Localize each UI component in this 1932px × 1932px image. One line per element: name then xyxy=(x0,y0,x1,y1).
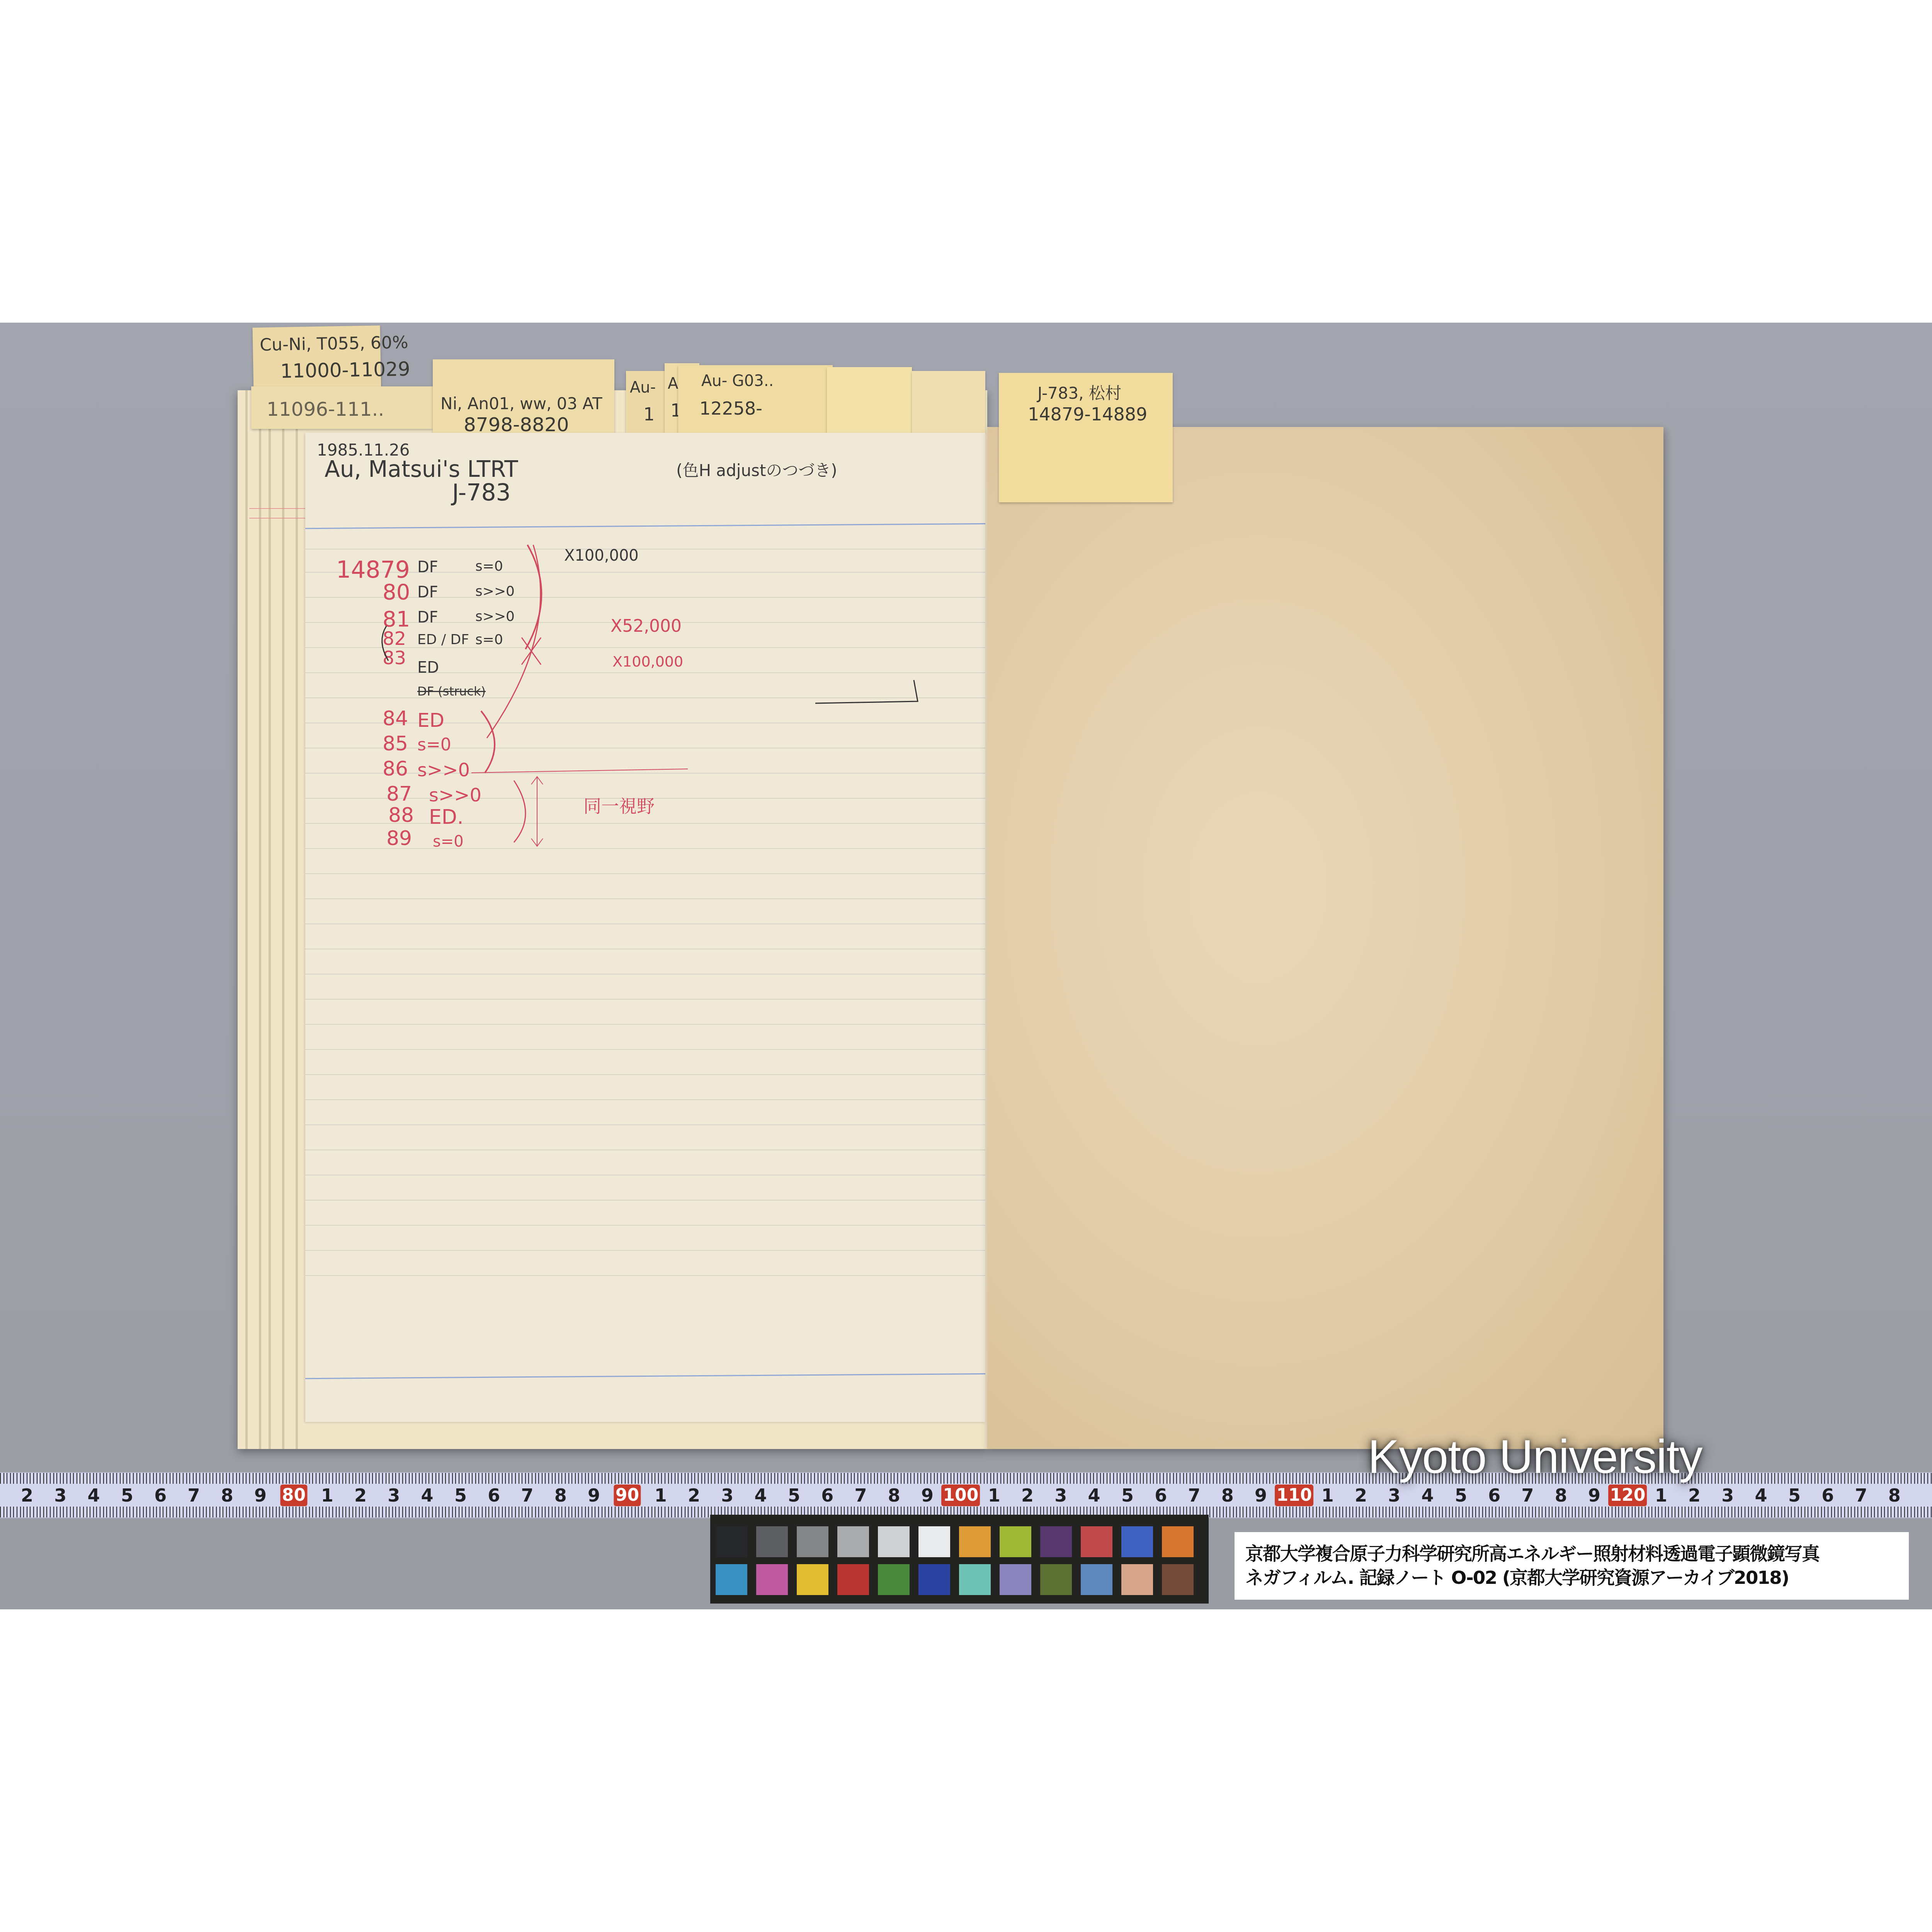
index-tab-ni-an01: Ni, An01, ww, 03 AT 8798-8820 xyxy=(433,359,614,437)
notebook-left-page: 1985.11.26 Au, Matsui's LTRT (色H adjustの… xyxy=(305,433,985,1422)
ruler-label: 9 xyxy=(588,1485,600,1506)
tab-label: J-783, 松村 xyxy=(1037,381,1121,404)
ruler-label: 100 xyxy=(941,1485,980,1506)
archive-caption: 京都大学複合原子力科学研究所高エネルギー照射材料透過電子顕微鏡写真 ネガフィルム… xyxy=(1235,1532,1909,1600)
ruler-label: 7 xyxy=(854,1485,867,1506)
caption-line-2: ネガフィルム. 記録ノート O-02 (京都大学研究資源アーカイブ2018) xyxy=(1245,1566,1898,1590)
ruler-label: 6 xyxy=(1155,1485,1167,1506)
ruler-label: 2 xyxy=(688,1485,700,1506)
color-swatch xyxy=(1121,1564,1153,1595)
ruler-label: 80 xyxy=(281,1485,307,1506)
ruler-label: 4 xyxy=(1088,1485,1100,1506)
color-swatch xyxy=(716,1564,747,1595)
ruler-label: 1 xyxy=(1655,1485,1667,1506)
ruler-label: 3 xyxy=(1054,1485,1067,1506)
watermark-kyoto-university: Kyoto University xyxy=(1368,1430,1702,1484)
index-tab-11096: 11096-111.. xyxy=(251,386,433,429)
ruler-label: 7 xyxy=(1188,1485,1200,1506)
index-tab-cu-ni: Cu-Ni, T055, 60% 11000-11029 xyxy=(252,325,381,395)
ruler-label: 7 xyxy=(1855,1485,1867,1506)
color-swatch xyxy=(1040,1526,1072,1557)
ruler-label: 6 xyxy=(821,1485,833,1506)
color-swatch xyxy=(959,1564,991,1595)
ruler-label: 1 xyxy=(988,1485,1000,1506)
color-swatch xyxy=(1081,1564,1112,1595)
color-swatch xyxy=(878,1564,910,1595)
ruler-label: 7 xyxy=(187,1485,200,1506)
color-swatch xyxy=(756,1526,788,1557)
ruler-label: 6 xyxy=(154,1485,167,1506)
ruler-label: 4 xyxy=(88,1485,100,1506)
ruler-label: 4 xyxy=(1422,1485,1434,1506)
color-swatch xyxy=(797,1564,828,1595)
ruler-label: 2 xyxy=(1688,1485,1701,1506)
ruler-label: 9 xyxy=(1588,1485,1600,1506)
ruler-label: 8 xyxy=(221,1485,233,1506)
color-swatch xyxy=(797,1526,828,1557)
ruler-label: 3 xyxy=(1388,1485,1400,1506)
ruler-label: 4 xyxy=(755,1485,767,1506)
color-swatch xyxy=(837,1526,869,1557)
color-swatch xyxy=(756,1564,788,1595)
ruler-label: 120 xyxy=(1608,1485,1647,1506)
ruler-label: 9 xyxy=(1255,1485,1267,1506)
ruler-label: 8 xyxy=(1888,1485,1901,1506)
color-swatch xyxy=(1162,1526,1194,1557)
color-swatch xyxy=(918,1526,950,1557)
tab-label: 1 xyxy=(643,404,655,425)
tab-label: 12258- xyxy=(699,398,762,419)
index-tab-j783: J-783, 松村 14879-14889 xyxy=(999,373,1173,502)
ruler-label: 1 xyxy=(655,1485,667,1506)
ruler-label: 8 xyxy=(554,1485,567,1506)
tab-label: 14879-14889 xyxy=(1028,404,1147,425)
tab-label: Cu-Ni, T055, 60% xyxy=(260,333,408,355)
color-swatch xyxy=(878,1526,910,1557)
ruler-label: 3 xyxy=(54,1485,66,1506)
color-swatch xyxy=(837,1564,869,1595)
ruler-label: 9 xyxy=(921,1485,934,1506)
index-tab-au: Au- 1 xyxy=(626,371,668,437)
ruler-label: 1 xyxy=(321,1485,333,1506)
color-swatch xyxy=(959,1526,991,1557)
tab-label: Au- G03.. xyxy=(701,372,774,390)
tab-label: 11000-11029 xyxy=(280,358,410,383)
color-swatch xyxy=(1081,1526,1112,1557)
ruler-label: 5 xyxy=(1455,1485,1467,1506)
color-swatch xyxy=(1000,1526,1031,1557)
ruler-label: 9 xyxy=(254,1485,267,1506)
ruler-label: 4 xyxy=(421,1485,434,1506)
ruler-label: 5 xyxy=(788,1485,800,1506)
ruler-label: 5 xyxy=(121,1485,133,1506)
ruler-label: 5 xyxy=(1788,1485,1801,1506)
tab-label: Ni, An01, ww, 03 AT xyxy=(440,394,602,413)
ruler-label: 3 xyxy=(721,1485,733,1506)
color-swatch xyxy=(918,1564,950,1595)
ruler-label: 2 xyxy=(21,1485,33,1506)
ruler-label: 1 xyxy=(1321,1485,1334,1506)
bracket-marks xyxy=(305,433,985,896)
corner-mark xyxy=(815,680,918,703)
ruler-label: 6 xyxy=(1488,1485,1500,1506)
ruler-label: 8 xyxy=(888,1485,900,1506)
ruler-label: 7 xyxy=(1521,1485,1534,1506)
ruler-label: 7 xyxy=(521,1485,533,1506)
ruler-label: 3 xyxy=(388,1485,400,1506)
ruler-label: 6 xyxy=(488,1485,500,1506)
page-bottom-rule xyxy=(305,1373,985,1379)
ruler-label: 3 xyxy=(1721,1485,1734,1506)
ruler-label: 6 xyxy=(1821,1485,1834,1506)
tab-label: Au- xyxy=(630,379,656,396)
ruler-label: 2 xyxy=(1021,1485,1034,1506)
color-swatch xyxy=(716,1526,747,1557)
ruler-label: 5 xyxy=(1121,1485,1134,1506)
color-swatch xyxy=(1000,1564,1031,1595)
caption-line-1: 京都大学複合原子力科学研究所高エネルギー照射材料透過電子顕微鏡写真 xyxy=(1245,1542,1898,1566)
color-swatch xyxy=(1040,1564,1072,1595)
ruler-label: 8 xyxy=(1221,1485,1234,1506)
color-swatch xyxy=(1121,1526,1153,1557)
ruler-label: 5 xyxy=(454,1485,467,1506)
index-tab-blank-2 xyxy=(912,371,985,433)
ruler-label: 2 xyxy=(1355,1485,1367,1506)
color-swatch xyxy=(1162,1564,1194,1595)
notebook-back-cover xyxy=(987,427,1663,1449)
tab-label: 11096-111.. xyxy=(267,398,384,420)
ruler-label: 8 xyxy=(1555,1485,1567,1506)
color-calibration-chart xyxy=(710,1515,1209,1604)
ruler-label: 90 xyxy=(614,1485,641,1506)
ruler-label: 2 xyxy=(354,1485,367,1506)
ruler-label: 4 xyxy=(1755,1485,1767,1506)
ruler-label: 110 xyxy=(1275,1485,1313,1506)
